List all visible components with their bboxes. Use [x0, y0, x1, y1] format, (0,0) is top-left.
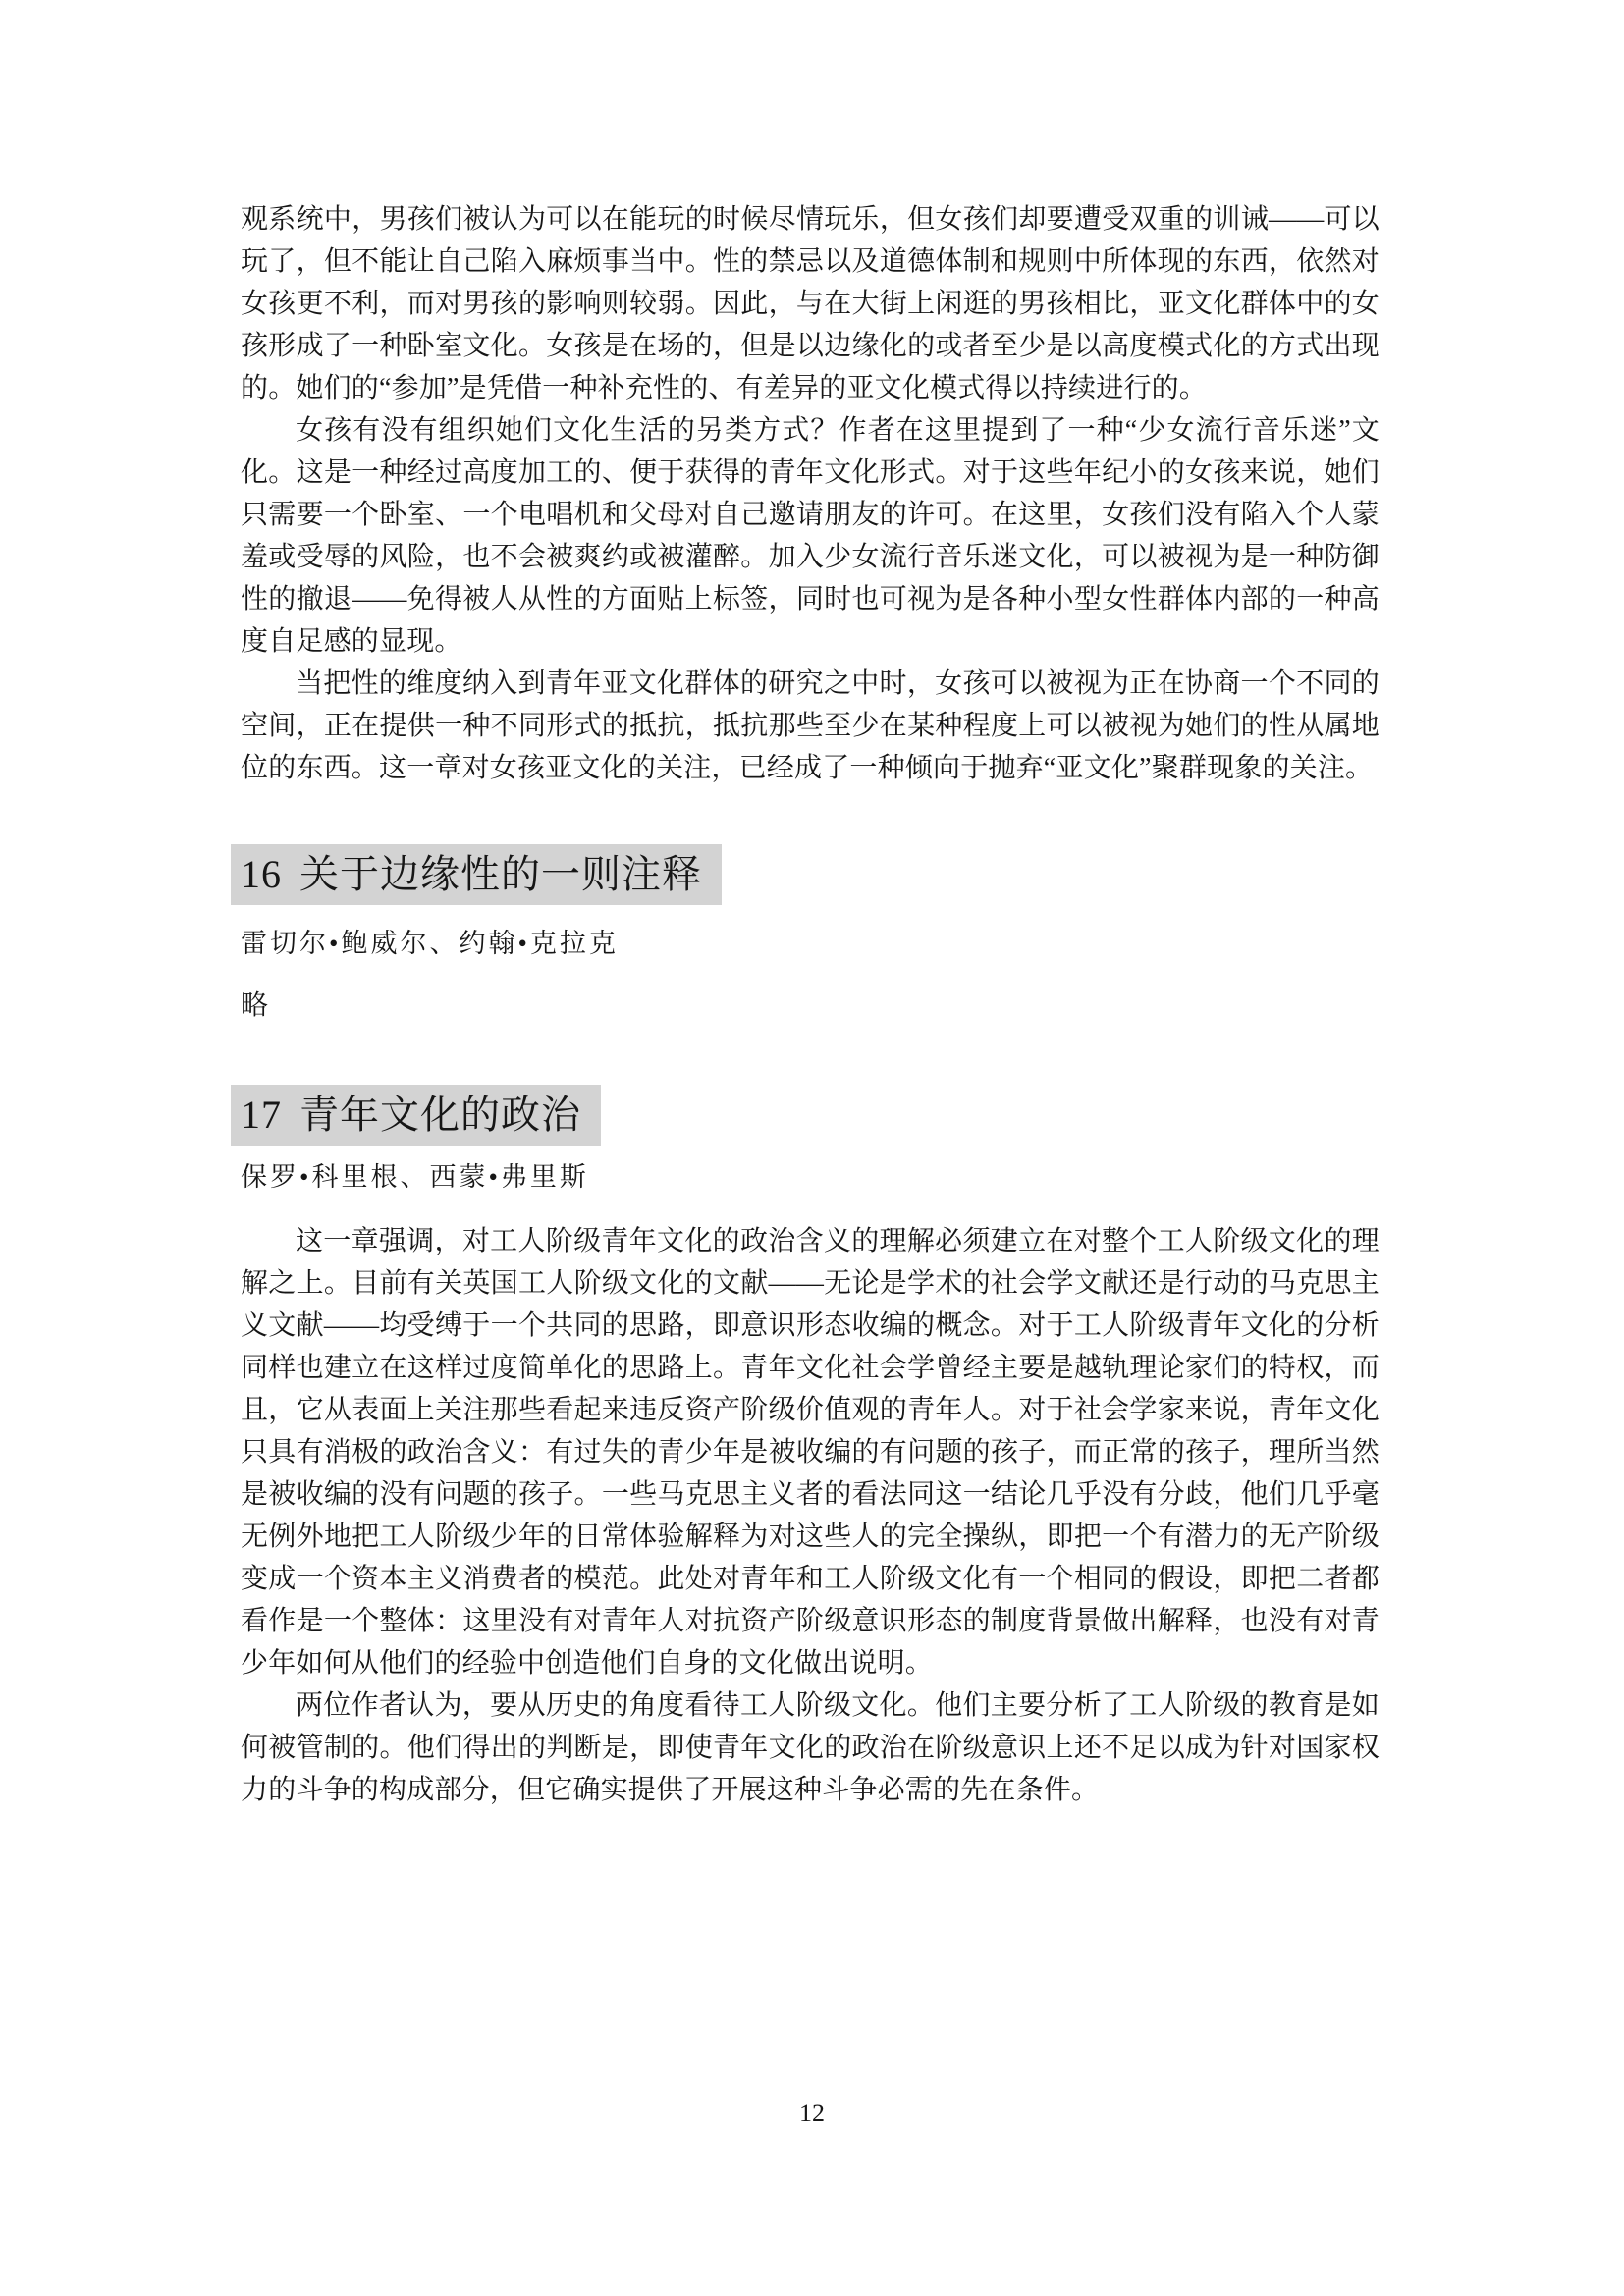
text-content: 观系统中，男孩们被认为可以在能玩的时候尽情玩乐，但女孩们却要遭受双重的训诫——可… — [241, 198, 1380, 1811]
section-heading-row: 17青年文化的政治 — [241, 1027, 1380, 1146]
authors-line: 保罗•科里根、西蒙•弗里斯 — [241, 1159, 1380, 1195]
section-number: 17 — [241, 1093, 282, 1137]
section-17-heading: 17青年文化的政治 — [231, 1085, 601, 1146]
section-paragraph: 这一章强调，对工人阶级青年文化的政治含义的理解必须建立在对整个工人阶级文化的理解… — [241, 1220, 1380, 1684]
section-title: 关于边缘性的一则注释 — [299, 852, 702, 896]
section-heading-row: 16关于边缘性的一则注释 — [241, 789, 1380, 905]
intro-paragraph: 观系统中，男孩们被认为可以在能玩的时候尽情玩乐，但女孩们却要遭受双重的训诫——可… — [241, 198, 1380, 409]
section-16-heading: 16关于边缘性的一则注释 — [231, 844, 722, 905]
section-paragraph: 两位作者认为，要从历史的角度看待工人阶级文化。他们主要分析了工人阶级的教育是如何… — [241, 1684, 1380, 1811]
intro-paragraph: 女孩有没有组织她们文化生活的另类方式？作者在这里提到了一种“少女流行音乐迷”文化… — [241, 409, 1380, 663]
section-title: 青年文化的政治 — [299, 1093, 581, 1137]
section-number: 16 — [241, 852, 282, 896]
intro-paragraph: 当把性的维度纳入到青年亚文化群体的研究之中时，女孩可以被视为正在协商一个不同的空… — [241, 663, 1380, 789]
section-17: 17青年文化的政治 保罗•科里根、西蒙•弗里斯 这一章强调，对工人阶级青年文化的… — [241, 1027, 1380, 1811]
omission-note: 略 — [241, 985, 1380, 1027]
document-page: 观系统中，男孩们被认为可以在能玩的时候尽情玩乐，但女孩们却要遭受双重的训诫——可… — [0, 0, 1624, 2296]
section-16: 16关于边缘性的一则注释 雷切尔•鲍威尔、约翰•克拉克 略 — [241, 789, 1380, 1027]
authors-line: 雷切尔•鲍威尔、约翰•克拉克 — [241, 926, 1380, 961]
page-number: 12 — [0, 2099, 1624, 2128]
